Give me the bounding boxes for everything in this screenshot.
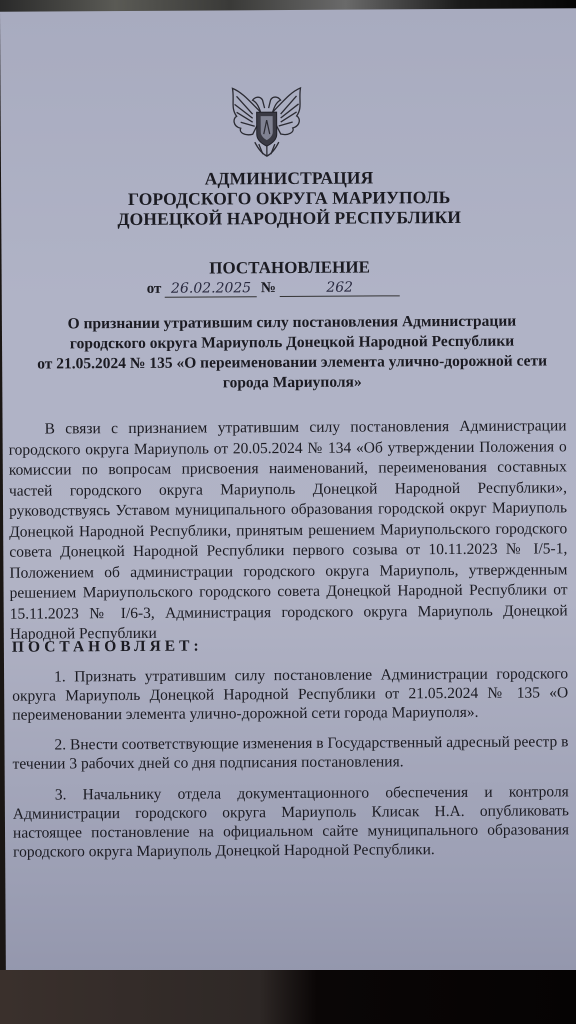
date-number-line: от 26.02.2025 № 262 xyxy=(147,279,447,298)
organization-name: АДМИНИСТРАЦИЯ ГОРОДСКОГО ОКРУГА МАРИУПОЛ… xyxy=(61,167,517,230)
org-line: АДМИНИСТРАЦИЯ xyxy=(61,167,517,190)
handwritten-date: 26.02.2025 xyxy=(165,280,257,298)
document-page: АДМИНИСТРАЦИЯ ГОРОДСКОГО ОКРУГА МАРИУПОЛ… xyxy=(0,8,576,974)
resolution-item-3: 3. Начальнику отдела документационного о… xyxy=(13,782,569,861)
date-prefix: от xyxy=(147,281,162,297)
org-line: ГОРОДСКОГО ОКРУГА МАРИУПОЛЬ xyxy=(61,187,517,210)
resolves-heading: ПОСТАНОВЛЯЕТ: xyxy=(12,638,203,657)
resolution-item-2: 2. Внести соответствующие изменения в Го… xyxy=(12,732,568,773)
subject-line: города Мариуполя» xyxy=(32,371,552,394)
background-table-surface xyxy=(0,970,576,1024)
org-line: ДОНЕЦКОЙ НАРОДНОЙ РЕСПУБЛИКИ xyxy=(61,207,517,230)
preamble: В связи с признанием утратившим силу пос… xyxy=(8,416,567,645)
number-prefix: № xyxy=(261,280,276,296)
preamble-text: В связи с признанием утратившим силу пос… xyxy=(8,416,567,645)
document-subject: О признании утратившим силу постановлени… xyxy=(32,311,552,394)
coat-of-arms-icon xyxy=(222,82,310,163)
document-type-title: ПОСТАНОВЛЕНИЕ xyxy=(62,257,518,280)
handwritten-number: 262 xyxy=(280,279,400,297)
subject-line: от 21.05.2024 № 135 «О переименовании эл… xyxy=(32,351,552,374)
resolution-item-1: 1. Признать утратившим силу постановлени… xyxy=(12,664,568,724)
